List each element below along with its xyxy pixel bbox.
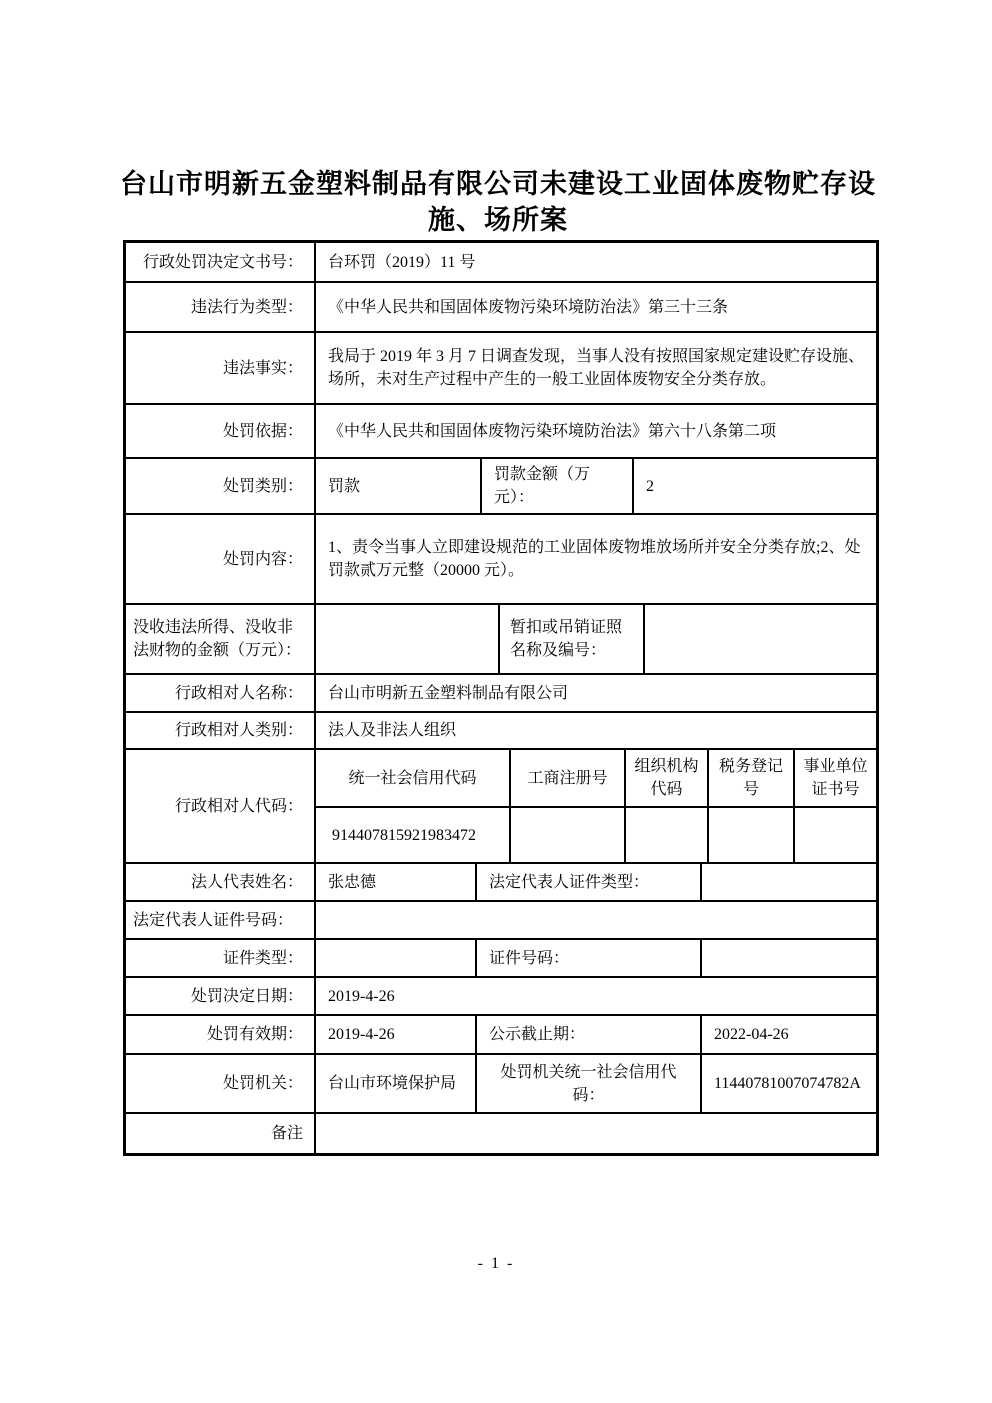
document-title-line2: 施、场所案	[118, 202, 878, 238]
decision-date-label: 处罚决定日期：	[126, 978, 314, 1014]
party-name-label: 行政相对人名称：	[126, 675, 314, 711]
penalty-amount-value: 2	[632, 459, 876, 513]
col-institution-certificate-no: 事业单位证书号	[793, 750, 876, 806]
publicity-deadline-label: 公示截止期：	[475, 1016, 700, 1053]
legal-rep-name-label: 法人代表姓名：	[126, 864, 314, 900]
confiscation-value	[314, 605, 498, 673]
violation-fact-value: 我局于 2019 年 3 月 7 日调查发现，当事人没有按照国家规定建设贮存设施…	[314, 333, 876, 403]
col-organization-code: 组织机构代码	[624, 750, 707, 806]
legal-rep-id-no-label: 法定代表人证件号码：	[126, 902, 314, 938]
row-party-name: 行政相对人名称： 台山市明新五金塑料制品有限公司	[126, 673, 876, 711]
party-codes-value-row: 914407815921983472	[316, 808, 876, 862]
id-no-label: 证件号码：	[475, 940, 700, 976]
remarks-value	[314, 1114, 876, 1153]
validity-label: 处罚有效期：	[126, 1016, 314, 1053]
party-codes-header-row: 统一社会信用代码 工商注册号 组织机构代码 税务登记号 事业单位证书号	[316, 750, 876, 808]
row-penalty-basis: 处罚依据： 《中华人民共和国固体废物污染环境防治法》第六十八条第二项	[126, 403, 876, 457]
penalty-amount-label: 罚款金额（万元）：	[480, 459, 632, 513]
tax-registration-no-value	[707, 808, 793, 862]
row-party-codes: 行政相对人代码： 统一社会信用代码 工商注册号 组织机构代码 税务登记号 事业单…	[126, 748, 876, 862]
legal-rep-name-value: 张忠德	[314, 864, 475, 900]
business-registration-no-value	[509, 808, 624, 862]
violation-type-value: 《中华人民共和国固体废物污染环境防治法》第三十三条	[314, 283, 876, 331]
party-codes-label: 行政相对人代码：	[126, 750, 314, 862]
publicity-deadline-value: 2022-04-26	[700, 1016, 876, 1053]
party-category-value: 法人及非法人组织	[314, 713, 876, 748]
id-type-value	[314, 940, 475, 976]
penalty-decision-table: 行政处罚决定文书号： 台环罚（2019）11 号 违法行为类型： 《中华人民共和…	[123, 240, 879, 1156]
row-id-type: 证件类型： 证件号码：	[126, 938, 876, 976]
col-business-registration-no: 工商注册号	[509, 750, 624, 806]
penalty-category-label: 处罚类别：	[126, 459, 314, 513]
id-type-label: 证件类型：	[126, 940, 314, 976]
authority-credit-code-label: 处罚机关统一社会信用代码：	[475, 1055, 700, 1112]
remarks-label: 备注	[126, 1114, 314, 1153]
row-legal-rep-id-no: 法定代表人证件号码：	[126, 900, 876, 938]
license-revoke-value	[643, 605, 876, 673]
row-legal-rep: 法人代表姓名： 张忠德 法定代表人证件类型：	[126, 862, 876, 900]
party-codes-grid: 统一社会信用代码 工商注册号 组织机构代码 税务登记号 事业单位证书号 9144…	[314, 750, 876, 862]
id-no-value	[700, 940, 876, 976]
document-page: 台山市明新五金塑料制品有限公司未建设工业固体废物贮存设 施、场所案 行政处罚决定…	[0, 0, 992, 1403]
doc-no-label: 行政处罚决定文书号：	[126, 243, 314, 281]
row-doc-no: 行政处罚决定文书号： 台环罚（2019）11 号	[126, 243, 876, 281]
penalty-content-value: 1、责令当事人立即建设规范的工业固体废物堆放场所并安全分类存放;2、处罚款贰万元…	[314, 515, 876, 603]
authority-credit-code-value: 11440781007074782A	[700, 1055, 876, 1112]
legal-rep-id-type-value	[700, 864, 876, 900]
document-title-line1: 台山市明新五金塑料制品有限公司未建设工业固体废物贮存设	[118, 166, 878, 202]
penalty-basis-value: 《中华人民共和国固体废物污染环境防治法》第六十八条第二项	[314, 405, 876, 457]
confiscation-label: 没收违法所得、没收非法财物的金额（万元）：	[126, 605, 314, 673]
page-number: - 1 -	[0, 1255, 992, 1273]
row-violation-type: 违法行为类型： 《中华人民共和国固体废物污染环境防治法》第三十三条	[126, 281, 876, 331]
legal-rep-id-type-label: 法定代表人证件类型：	[475, 864, 700, 900]
penalty-content-label: 处罚内容：	[126, 515, 314, 603]
license-revoke-label: 暂扣或吊销证照名称及编号：	[498, 605, 643, 673]
penalty-category-value: 罚款	[314, 459, 480, 513]
unified-social-credit-code-value: 914407815921983472	[316, 808, 509, 862]
col-unified-social-credit-code: 统一社会信用代码	[316, 750, 509, 806]
row-penalty-content: 处罚内容： 1、责令当事人立即建设规范的工业固体废物堆放场所并安全分类存放;2、…	[126, 513, 876, 603]
row-confiscation: 没收违法所得、没收非法财物的金额（万元）： 暂扣或吊销证照名称及编号：	[126, 603, 876, 673]
row-validity: 处罚有效期： 2019-4-26 公示截止期： 2022-04-26	[126, 1014, 876, 1053]
row-party-category: 行政相对人类别： 法人及非法人组织	[126, 711, 876, 748]
legal-rep-id-no-value	[314, 902, 876, 938]
validity-value: 2019-4-26	[314, 1016, 475, 1053]
violation-fact-label: 违法事实：	[126, 333, 314, 403]
col-tax-registration-no: 税务登记号	[707, 750, 793, 806]
document-title: 台山市明新五金塑料制品有限公司未建设工业固体废物贮存设 施、场所案	[118, 166, 878, 238]
row-authority: 处罚机关： 台山市环境保护局 处罚机关统一社会信用代码： 11440781007…	[126, 1053, 876, 1112]
row-remarks: 备注	[126, 1112, 876, 1153]
row-decision-date: 处罚决定日期： 2019-4-26	[126, 976, 876, 1014]
violation-type-label: 违法行为类型：	[126, 283, 314, 331]
party-category-label: 行政相对人类别：	[126, 713, 314, 748]
penalty-basis-label: 处罚依据：	[126, 405, 314, 457]
institution-certificate-no-value	[793, 808, 876, 862]
party-name-value: 台山市明新五金塑料制品有限公司	[314, 675, 876, 711]
row-penalty-category: 处罚类别： 罚款 罚款金额（万元）： 2	[126, 457, 876, 513]
organization-code-value	[624, 808, 707, 862]
authority-label: 处罚机关：	[126, 1055, 314, 1112]
row-violation-fact: 违法事实： 我局于 2019 年 3 月 7 日调查发现，当事人没有按照国家规定…	[126, 331, 876, 403]
doc-no-value: 台环罚（2019）11 号	[314, 243, 876, 281]
authority-value: 台山市环境保护局	[314, 1055, 475, 1112]
decision-date-value: 2019-4-26	[314, 978, 876, 1014]
